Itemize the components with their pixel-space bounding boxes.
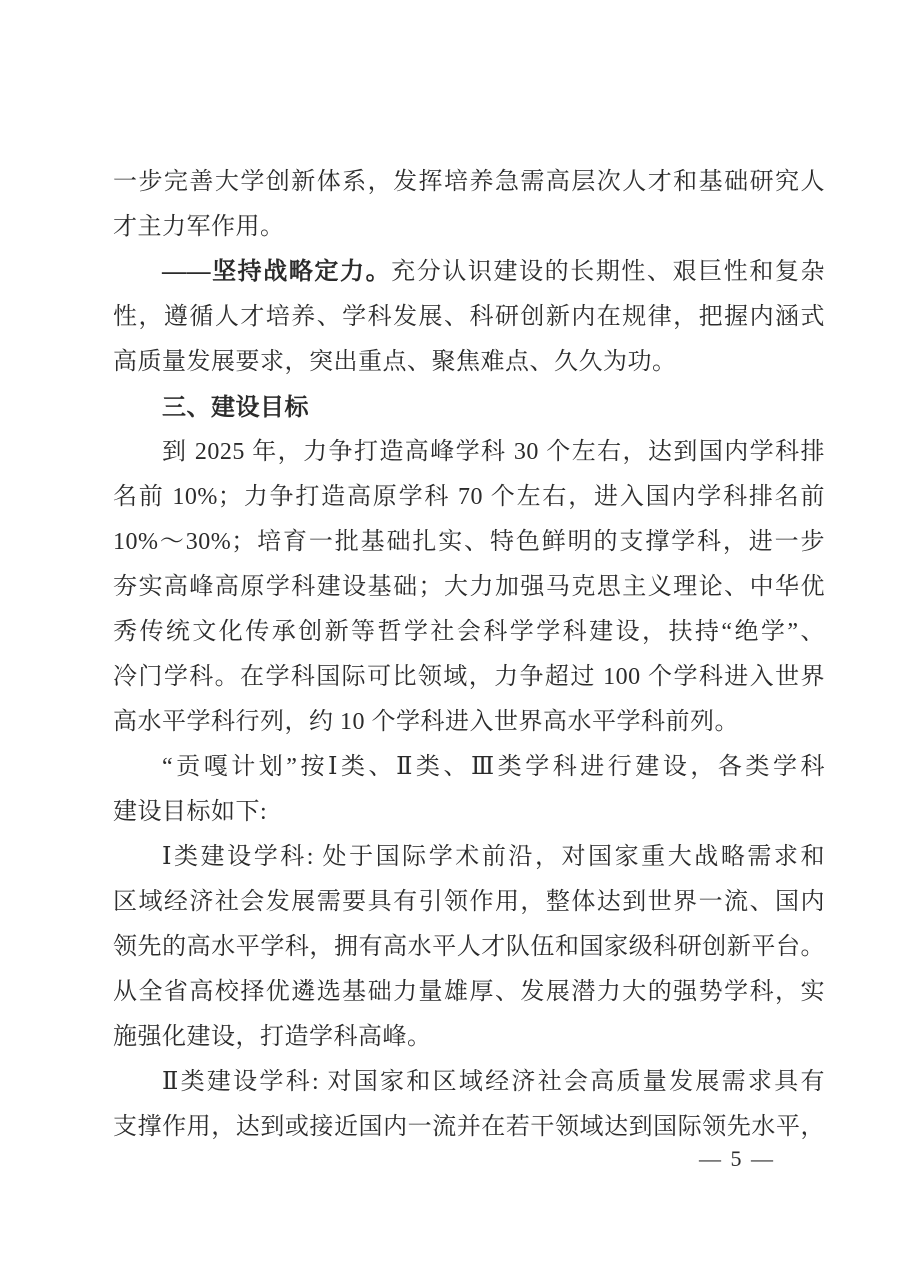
page-number: — 5 — <box>113 1146 825 1172</box>
text-line: 高质量发展要求，突出重点、聚焦难点、久久为功。 <box>113 340 825 385</box>
text-run: Ⅰ类建设学科: 处于国际学术前沿，对国家重大战略需求和 <box>162 844 825 870</box>
text-line: 冷门学科。在学科国际可比领域，力争超过 100 个学科进入世界 <box>113 655 825 700</box>
text-run: 性，遵循人才培养、学科发展、科研创新内在规律，把握内涵式 <box>113 304 825 330</box>
text-line: 名前 10%；力争打造高原学科 70 个左右，进入国内学科排名前 <box>113 475 825 520</box>
text-run: 领先的高水平学科，拥有高水平人才队伍和国家级科研创新平台。 <box>113 934 825 960</box>
text-run: 夯实高峰高原学科建设基础；大力加强马克思主义理论、中华优 <box>113 574 825 600</box>
text-run: Ⅱ类建设学科: 对国家和区域经济社会高质量发展需求具有 <box>162 1069 825 1095</box>
text-line: 10%～30%；培育一批基础扎实、特色鲜明的支撑学科，进一步 <box>113 520 825 565</box>
text-run: 高水平学科行列，约 10 个学科进入世界高水平学科前列。 <box>113 709 739 735</box>
text-run: 秀传统文化传承创新等哲学社会科学学科建设，扶持“绝学”、 <box>113 619 825 645</box>
text-line: 秀传统文化传承创新等哲学社会科学学科建设，扶持“绝学”、 <box>113 610 825 655</box>
emphasis-text: ——坚持战略定力。 <box>162 259 391 285</box>
text-run: 区域经济社会发展需要具有引领作用，整体达到世界一流、国内 <box>113 889 825 915</box>
text-run: 充分认识建设的长期性、艰巨性和复杂 <box>391 259 825 285</box>
text-run: 一步完善大学创新体系，发挥培养急需高层次人才和基础研究人 <box>113 169 825 195</box>
document-body: 一步完善大学创新体系，发挥培养急需高层次人才和基础研究人才主力军作用。——坚持战… <box>113 160 825 1150</box>
text-line: 施强化建设，打造学科高峰。 <box>113 1015 825 1060</box>
text-run: 10%～30%；培育一批基础扎实、特色鲜明的支撑学科，进一步 <box>113 529 825 555</box>
text-run: 名前 10%；力争打造高原学科 70 个左右，进入国内学科排名前 <box>113 484 825 510</box>
document-page: 一步完善大学创新体系，发挥培养急需高层次人才和基础研究人才主力军作用。——坚持战… <box>0 0 910 1286</box>
text-line: “贡嘎计划”按Ⅰ类、Ⅱ类、Ⅲ类学科进行建设，各类学科 <box>113 745 825 790</box>
text-line: 夯实高峰高原学科建设基础；大力加强马克思主义理论、中华优 <box>113 565 825 610</box>
text-line: 区域经济社会发展需要具有引领作用，整体达到世界一流、国内 <box>113 880 825 925</box>
text-run: 三、建设目标 <box>162 394 309 421</box>
text-run: 到 2025 年，力争打造高峰学科 30 个左右，达到国内学科排 <box>162 439 825 465</box>
text-line: 建设目标如下: <box>113 790 825 835</box>
text-line: 支撑作用，达到或接近国内一流并在若干领域达到国际领先水平， <box>113 1105 825 1150</box>
text-run: 才主力军作用。 <box>113 214 285 240</box>
text-line: 到 2025 年，力争打造高峰学科 30 个左右，达到国内学科排 <box>113 430 825 475</box>
section-heading: 三、建设目标 <box>113 385 825 430</box>
text-line: ——坚持战略定力。充分认识建设的长期性、艰巨性和复杂 <box>113 250 825 295</box>
text-line: 才主力军作用。 <box>113 205 825 250</box>
text-run: 支撑作用，达到或接近国内一流并在若干领域达到国际领先水平， <box>113 1114 825 1140</box>
paragraph: Ⅱ类建设学科: 对国家和区域经济社会高质量发展需求具有支撑作用，达到或接近国内一… <box>113 1060 825 1150</box>
text-line: 性，遵循人才培养、学科发展、科研创新内在规律，把握内涵式 <box>113 295 825 340</box>
text-run: “贡嘎计划”按Ⅰ类、Ⅱ类、Ⅲ类学科进行建设，各类学科 <box>162 754 825 780</box>
paragraph: ——坚持战略定力。充分认识建设的长期性、艰巨性和复杂性，遵循人才培养、学科发展、… <box>113 250 825 385</box>
paragraph: Ⅰ类建设学科: 处于国际学术前沿，对国家重大战略需求和区域经济社会发展需要具有引… <box>113 835 825 1060</box>
text-run: 冷门学科。在学科国际可比领域，力争超过 100 个学科进入世界 <box>113 664 825 690</box>
paragraph: “贡嘎计划”按Ⅰ类、Ⅱ类、Ⅲ类学科进行建设，各类学科建设目标如下: <box>113 745 825 835</box>
paragraph: 一步完善大学创新体系，发挥培养急需高层次人才和基础研究人才主力军作用。 <box>113 160 825 250</box>
paragraph: 到 2025 年，力争打造高峰学科 30 个左右，达到国内学科排名前 10%；力… <box>113 430 825 745</box>
text-line: 一步完善大学创新体系，发挥培养急需高层次人才和基础研究人 <box>113 160 825 205</box>
text-line: Ⅱ类建设学科: 对国家和区域经济社会高质量发展需求具有 <box>113 1060 825 1105</box>
text-run: 高质量发展要求，突出重点、聚焦难点、久久为功。 <box>113 349 677 375</box>
text-run: 施强化建设，打造学科高峰。 <box>113 1024 432 1050</box>
text-run: 从全省高校择优遴选基础力量雄厚、发展潜力大的强势学科，实 <box>113 979 825 1005</box>
text-line: 领先的高水平学科，拥有高水平人才队伍和国家级科研创新平台。 <box>113 925 825 970</box>
text-line: Ⅰ类建设学科: 处于国际学术前沿，对国家重大战略需求和 <box>113 835 825 880</box>
text-run: 建设目标如下: <box>113 799 267 825</box>
text-line: 从全省高校择优遴选基础力量雄厚、发展潜力大的强势学科，实 <box>113 970 825 1015</box>
text-line: 高水平学科行列，约 10 个学科进入世界高水平学科前列。 <box>113 700 825 745</box>
text-line: 三、建设目标 <box>113 385 825 430</box>
